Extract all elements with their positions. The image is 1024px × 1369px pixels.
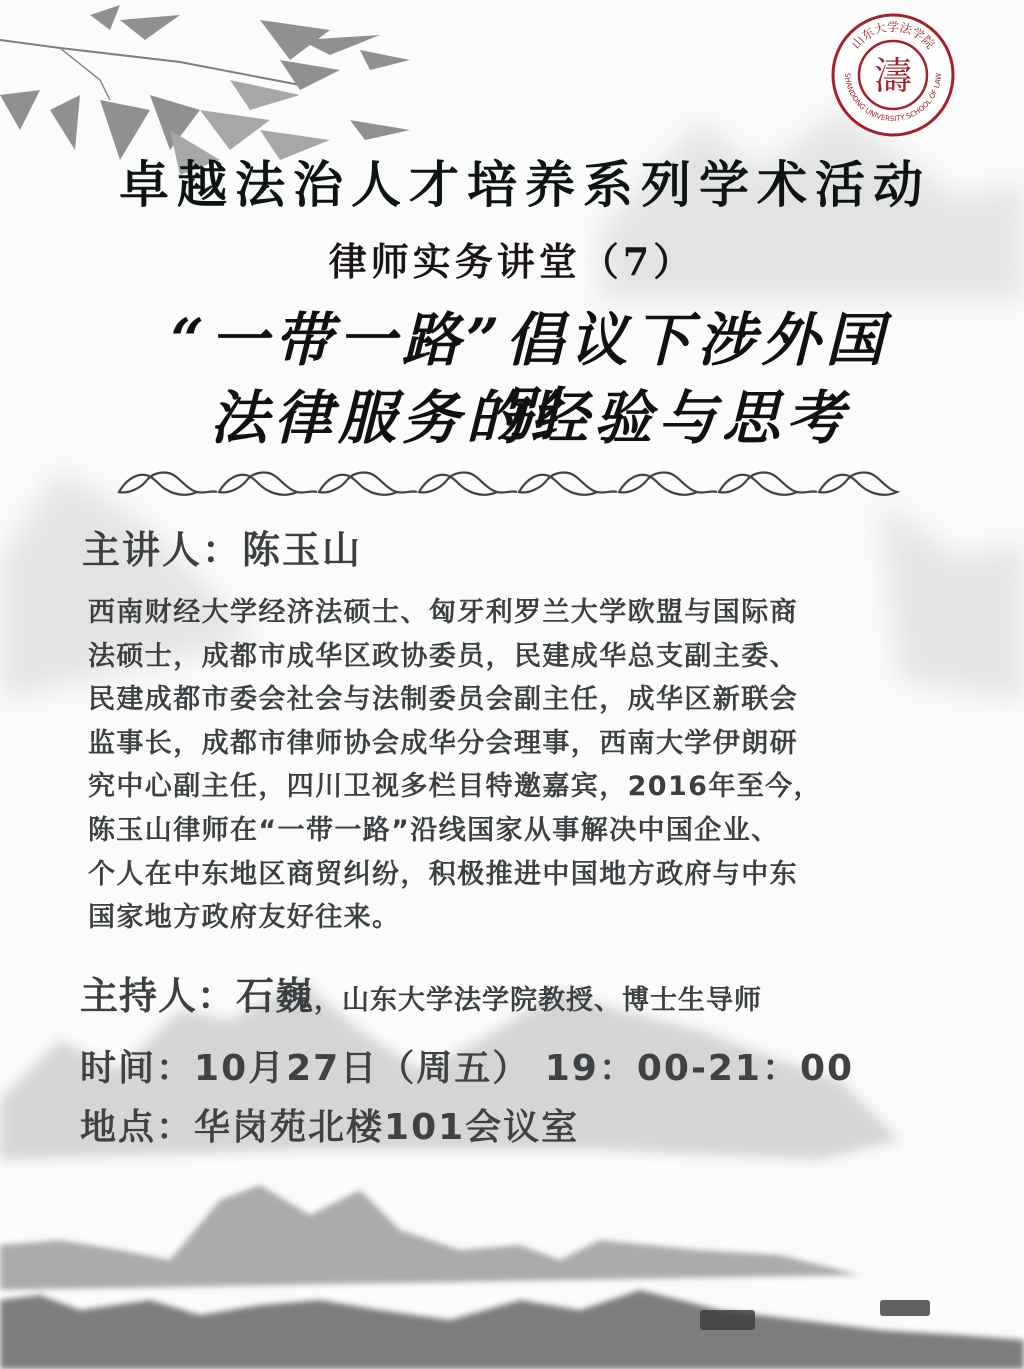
event-time: 时间：10月27日（周五） 19：00-21：00 [80,1045,854,1093]
speaker-name: 陈玉山 [242,528,362,572]
speaker-bio: 西南财经大学经济法硕士、匈牙利罗兰大学欧盟与国际商 法硕士，成都市成华区政协委员… [88,591,948,940]
bio-line: 监事长，成都市律师协会成华分会理事，西南大学伊朗研 [88,722,948,766]
place-value: 华岗苑北楼101会议室 [194,1107,579,1148]
speaker-heading: 主讲人：陈玉山 [82,522,362,578]
ornamental-divider [117,468,917,498]
event-place: 地点：华岗苑北楼101会议室 [80,1104,579,1152]
bio-line: 国家地方政府友好往来。 [88,896,948,940]
logo-center-glyph: 濤 [874,54,912,98]
place-label: 地点： [80,1107,194,1148]
bio-line: 究中心副主任，四川卫视多栏目特邀嘉宾，2016年至今， [88,765,948,809]
host-description: ，山东大学法学院教授、博士生导师 [314,985,762,1016]
bio-line: 法硕士，成都市成华区政协委员，民建成华总支副主委、 [88,635,948,679]
time-label: 时间： [80,1048,194,1089]
bio-line: 个人在中东地区商贸纠纷，积极推进中国地方政府与中东 [88,853,948,897]
speaker-label: 主讲人： [82,528,242,572]
topic-title-line-2: 法律服务的经验与思考 [160,381,900,455]
shandong-university-law-school-logo: 山东大学法学院 SHANDONG UNIVERSITY SCHOOL OF LA… [831,13,955,137]
bio-line: 陈玉山律师在“一带一路”沿线国家从事解决中国企业、 [88,809,948,853]
lecture-series-title: 律师实务讲堂（7） [0,232,1024,292]
bio-line: 民建成都市委会社会与法制委员会副主任，成华区新联会 [88,678,948,722]
host-name: 石巍 [236,974,314,1018]
bio-line: 西南财经大学经济法硕士、匈牙利罗兰大学欧盟与国际商 [88,591,948,635]
time-value: 10月27日（周五） 19：00-21：00 [194,1048,854,1089]
host-line: 主持人：石巍，山东大学法学院教授、博士生导师 [80,968,762,1032]
host-label: 主持人： [80,974,236,1018]
series-title: 卓越法治人才培养系列学术活动 [100,150,950,220]
